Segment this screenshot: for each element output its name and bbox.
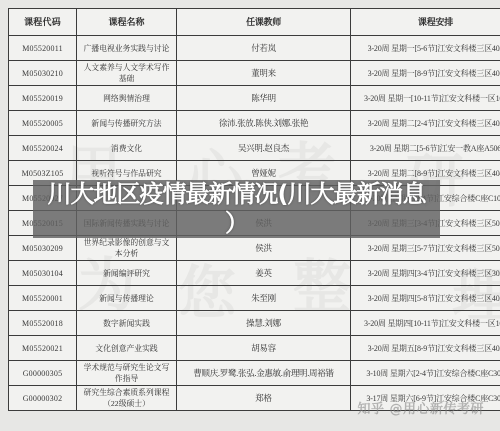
cell-name: 广播电视业务实践与讨论 xyxy=(77,36,177,61)
cell-code: M05520011 xyxy=(9,36,77,61)
cell-name: 网络舆情治理 xyxy=(77,86,177,111)
cell-code: M05520001 xyxy=(9,286,77,311)
headline-line1: 川大地区疫情最新情况(川大最新消息 xyxy=(48,180,426,209)
cell-teacher: 姜英 xyxy=(177,261,351,286)
cell-schedule: 3-20周 星期五[8-9节]江安文科楼三区402 xyxy=(351,336,500,361)
cell-name: 研究生综合素质系列课程（22级硕士） xyxy=(77,386,177,411)
headline-line2: ） xyxy=(225,209,248,238)
cell-schedule: 3-20周 星期一[5-6节]江安文科楼三区402 xyxy=(351,36,500,61)
header-course-name: 课程名称 xyxy=(77,9,177,36)
cell-teacher: 董明来 xyxy=(177,61,351,86)
cell-code: M05520005 xyxy=(9,111,77,136)
cell-name: 人文素养与人文学术写作基础 xyxy=(77,61,177,86)
cell-schedule: 3-20周 星期二[5-6节]江安一教A座A506 xyxy=(351,136,500,161)
table-row: M05520018数字新闻实践操慧.刘娜3-20周 星期四[10-11节]江安文… xyxy=(9,311,500,336)
cell-code: M05030104 xyxy=(9,261,77,286)
table-row: M05520001新闻与传播理论朱至刚3-20周 星期四[5-8节]江安文科楼三… xyxy=(9,286,500,311)
cell-teacher: 付若岚 xyxy=(177,36,351,61)
cell-code: G00000302 xyxy=(9,386,77,411)
cell-name: 学术规范与研究生论文写作指导 xyxy=(77,361,177,386)
cell-name: 世界纪录影像的创意与文本分析 xyxy=(77,236,177,261)
cell-name: 消费文化 xyxy=(77,136,177,161)
table-row: M05520005新闻与传播研究方法徐沛.张放.陈侠.刘娜.张艳3-20周 星期… xyxy=(9,111,500,136)
cell-code: M05520021 xyxy=(9,336,77,361)
table-row: M05520019网络舆情治理陈华明3-20周 星期一[10-11节]江安文科楼… xyxy=(9,86,500,111)
cell-teacher: 吴兴明.赵良杰 xyxy=(177,136,351,161)
cell-teacher: 郑格 xyxy=(177,386,351,411)
cell-name: 新闻与传播理论 xyxy=(77,286,177,311)
cell-name: 新闻编评研究 xyxy=(77,261,177,286)
cell-schedule: 3-20周 星期四[5-8节]江安文科楼三区402 xyxy=(351,286,500,311)
header-row: 课程代码 课程名称 任课教师 课程安排 xyxy=(9,9,500,36)
cell-name: 数字新闻实践 xyxy=(77,311,177,336)
header-teacher: 任课教师 xyxy=(177,9,351,36)
cell-schedule: 3-20周 星期一[8-9节]江安文科楼三区401 xyxy=(351,61,500,86)
cell-schedule: 3-10周 星期六[2-4节]江安综合楼C座C307 xyxy=(351,361,500,386)
headline-banner: 川大地区疫情最新情况(川大最新消息 ） xyxy=(33,180,440,238)
table-row: M05030210人文素养与人文学术写作基础董明来3-20周 星期一[8-9节]… xyxy=(9,61,500,86)
header-course-code: 课程代码 xyxy=(9,9,77,36)
cell-schedule: 3-20周 星期二[2-4节]江安文科楼三区402 xyxy=(351,111,500,136)
credit-watermark: 知乎 @用心新传考研 xyxy=(357,398,484,417)
table-row: G00000305学术规范与研究生论文写作指导曹顺庆.罗鹭.张弘.金惠敏.俞理明… xyxy=(9,361,500,386)
table-header: 课程代码 课程名称 任课教师 课程安排 xyxy=(9,9,500,36)
cell-schedule: 3-20周 星期四[10-11节]江安文科楼一区109 xyxy=(351,311,500,336)
table-row: M05520024消费文化吴兴明.赵良杰3-20周 星期二[5-6节]江安一教A… xyxy=(9,136,500,161)
cell-teacher: 胡易容 xyxy=(177,336,351,361)
schedule-screenshot: { "table": { "headers": ["课程代码", "课程名称",… xyxy=(0,0,500,431)
cell-code: M05520019 xyxy=(9,86,77,111)
cell-name: 文化创意产业实践 xyxy=(77,336,177,361)
cell-teacher: 操慧.刘娜 xyxy=(177,311,351,336)
cell-schedule: 3-20周 星期四[3-4节]江安文科楼三区303 xyxy=(351,261,500,286)
cell-code: M05030210 xyxy=(9,61,77,86)
cell-code: M05520024 xyxy=(9,136,77,161)
cell-teacher: 侯洪 xyxy=(177,236,351,261)
cell-code: M05520018 xyxy=(9,311,77,336)
cell-teacher: 陈华明 xyxy=(177,86,351,111)
cell-name: 新闻与传播研究方法 xyxy=(77,111,177,136)
table-row: M05520021文化创意产业实践胡易容3-20周 星期五[8-9节]江安文科楼… xyxy=(9,336,500,361)
cell-schedule: 3-20周 星期三[5-7节]江安文科楼三区505 xyxy=(351,236,500,261)
table-row: M05030209世界纪录影像的创意与文本分析侯洪3-20周 星期三[5-7节]… xyxy=(9,236,500,261)
cell-code: G00000305 xyxy=(9,361,77,386)
cell-teacher: 曹顺庆.罗鹭.张弘.金惠敏.俞理明.周裕锴 xyxy=(177,361,351,386)
cell-code: M05030209 xyxy=(9,236,77,261)
cell-teacher: 朱至刚 xyxy=(177,286,351,311)
table-row: M05030104新闻编评研究姜英3-20周 星期四[3-4节]江安文科楼三区3… xyxy=(9,261,500,286)
header-schedule: 课程安排 xyxy=(351,9,500,36)
cell-schedule: 3-20周 星期一[10-11节]江安文科楼一区109 xyxy=(351,86,500,111)
table-row: M05520011广播电视业务实践与讨论付若岚3-20周 星期一[5-6节]江安… xyxy=(9,36,500,61)
cell-teacher: 徐沛.张放.陈侠.刘娜.张艳 xyxy=(177,111,351,136)
